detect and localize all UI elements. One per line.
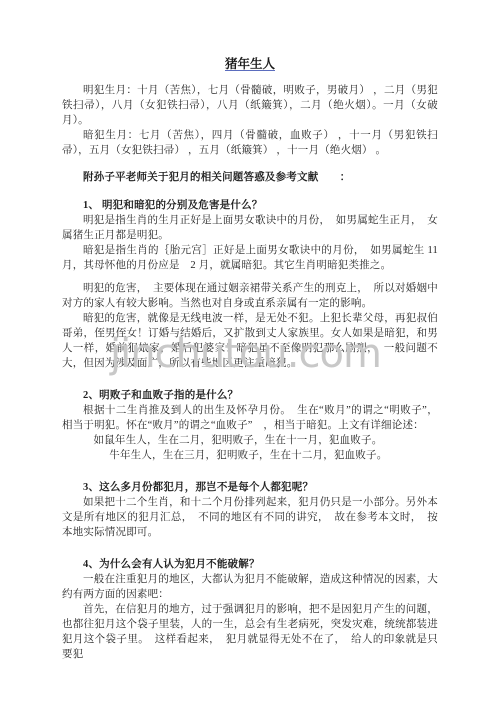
section-q4-paragraph-1: 一般在注重犯月的地区，大都认为犯月不能破解，造成这种情况的因素，大约有两方面的因… <box>62 572 438 602</box>
document-page: 猪年生人 明犯生月：十月（苦焦），七月（骨髓破，明败子，男破月） ，二月（男犯铁… <box>0 0 500 708</box>
section-q3-heading: 3、这么多月份都犯月，那岂不是每个人都犯呢？ <box>62 480 438 495</box>
section-q1-paragraph-4: 暗犯的危害，就像是无线电波一样，是无处不犯。上犯长辈父母，再犯叔伯哥弟，侄男侄女… <box>62 311 438 371</box>
section-q2-paragraph-ox-example: 牛年生人，生在三月，犯明败子，生在十二月，犯血败子。 <box>62 448 438 463</box>
section-q2-paragraph-rat-example: 如鼠年生人，生在二月，犯明败子，生在十一月，犯血败子。 <box>62 433 438 448</box>
section-q2: 2、明败子和血败子指的是什么？ 根据十二生肖推及到人的出生及怀孕月份。 生在“败… <box>62 388 438 463</box>
paragraph-reference-note: 附孙子平老师关于犯月的相关问题答惑及参考文献 ： <box>62 170 438 185</box>
section-q2-heading: 2、明败子和血败子指的是什么？ <box>62 388 438 403</box>
section-q1-paragraph-1: 明犯是指生肖的生月正好是上面男女歌诀中的月份， 如男属蛇生正月， 女属猪生正月都… <box>62 213 438 243</box>
section-q3: 3、这么多月份都犯月，那岂不是每个人都犯呢？ 如果把十二个生肖，和十二个月份排列… <box>62 480 438 540</box>
paragraph-ming-fan-birth-months: 明犯生月：十月（苦焦），七月（骨髓破，明败子，男破月） ，二月（男犯铁扫帚），八… <box>62 83 438 128</box>
section-q1: 1、 明犯和暗犯的分别及危害是什么？ 明犯是指生肖的生月正好是上面男女歌诀中的月… <box>62 198 438 371</box>
paragraph-an-fan-birth-months: 暗犯生月：七月（苦焦），四月（骨髓破，血败子） ，十一月（男犯铁扫帚），五月（女… <box>62 128 438 158</box>
document-title: 猪年生人 <box>62 56 438 72</box>
section-q4: 4、为什么会有人认为犯月不能破解？ 一般在注重犯月的地区，大都认为犯月不能破解，… <box>62 557 438 662</box>
document-viewer: { "page": { "title": "猪年生人", "watermark"… <box>0 0 500 708</box>
section-q1-paragraph-2: 暗犯是指生肖的｛胎元宫］正好是上面男女歌诀中的月份， 如男属蛇生 11 月，其母… <box>62 243 438 273</box>
section-q3-paragraph-1: 如果把十二个生肖，和十二个月份排列起来，犯月仍只是一小部分。另外本文是所有地区的… <box>62 495 438 540</box>
section-q1-paragraph-3: 明犯的危害， 主要体现在通过姻亲裙带关系产生的刑克上， 所以对婚姻中对方的家人有… <box>62 281 438 311</box>
section-q1-heading: 1、 明犯和暗犯的分别及危害是什么？ <box>62 198 438 213</box>
document-title-text: 猪年生人 <box>225 57 275 71</box>
section-q4-heading: 4、为什么会有人认为犯月不能破解？ <box>62 557 438 572</box>
section-q2-paragraph-1: 根据十二生肖推及到人的出生及怀孕月份。 生在“败月”的谓之“明败子”，相当于明犯… <box>62 403 438 433</box>
section-q4-paragraph-2: 首先，在信犯月的地方，过于强调犯月的影响，把不是因犯月产生的问题，也都往犯月这个… <box>62 602 438 662</box>
